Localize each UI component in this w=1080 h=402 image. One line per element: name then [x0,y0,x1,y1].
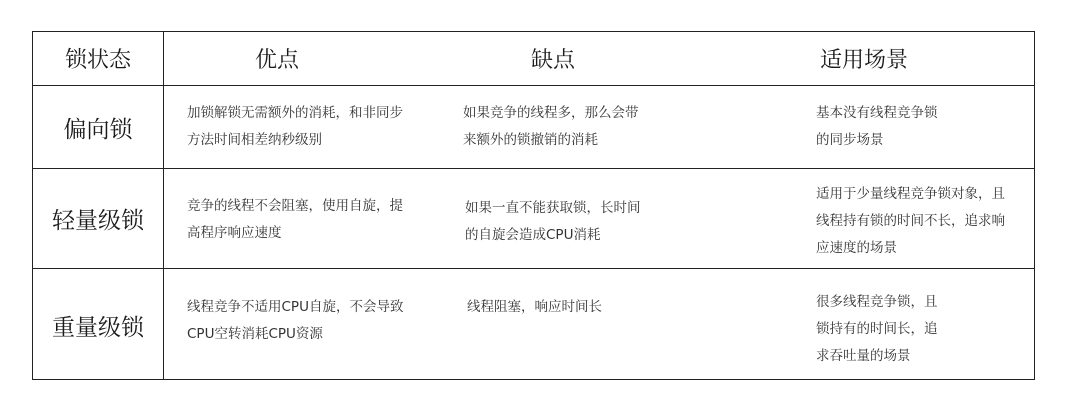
pros-line: 方法时间相差纳秒级别 [187,127,403,154]
lock-comparison-table: 锁状态 优点 缺点 适用场景 偏向锁 加锁解锁无需额外的消耗，和非同步 方法时间… [32,31,1035,380]
cons-cell: 线程阻塞，响应时间长 [467,294,602,321]
scenario-line: 应速度的场景 [816,235,1005,262]
pros-line: CPU空转消耗CPU资源 [187,321,403,348]
lock-state-cell: 重量级锁 [33,269,163,381]
cons-cell: 如果一直不能获取锁，长时间 的自旋会造成CPU消耗 [465,195,641,249]
scenario-cell: 很多线程竞争锁，且 锁持有的时间长，追 求吞吐量的场景 [816,289,938,370]
lock-state-cell: 轻量级锁 [33,169,163,268]
cons-line: 线程阻塞，响应时间长 [467,294,602,321]
header-cons: 缺点 [531,32,575,85]
scenario-cell: 适用于少量线程竞争锁对象，且 线程持有锁的时间不长，追求响 应速度的场景 [816,181,1005,262]
table-row: 轻量级锁 竞争的线程不会阻塞，使用自旋，提 高程序响应速度 如果一直不能获取锁，… [33,169,1034,269]
table-row: 偏向锁 加锁解锁无需额外的消耗，和非同步 方法时间相差纳秒级别 如果竞争的线程多… [33,86,1034,169]
scenario-line: 线程持有锁的时间不长，追求响 [816,208,1005,235]
header-lock-state: 锁状态 [33,32,163,85]
pros-line: 加锁解锁无需额外的消耗，和非同步 [187,100,403,127]
pros-line: 线程竞争不适用CPU自旋，不会导致 [187,294,403,321]
scenario-line: 很多线程竞争锁，且 [816,289,938,316]
scenario-line: 适用于少量线程竞争锁对象，且 [816,181,1005,208]
cons-line: 如果竞争的线程多，那么会带 [463,100,639,127]
table-row: 重量级锁 线程竞争不适用CPU自旋，不会导致 CPU空转消耗CPU资源 线程阻塞… [33,269,1034,381]
cons-cell: 如果竞争的线程多，那么会带 来额外的锁撤销的消耗 [463,100,639,154]
scenario-cell: 基本没有线程竞争锁 的同步场景 [816,100,938,154]
pros-line: 竞争的线程不会阻塞，使用自旋，提 [187,193,403,220]
cons-line: 的自旋会造成CPU消耗 [465,222,641,249]
cons-line: 来额外的锁撤销的消耗 [463,127,639,154]
header-pros: 优点 [255,32,299,85]
header-scenario: 适用场景 [820,32,908,85]
pros-cell: 线程竞争不适用CPU自旋，不会导致 CPU空转消耗CPU资源 [187,294,403,348]
lock-state-cell: 偏向锁 [33,86,163,168]
scenario-line: 锁持有的时间长，追 [816,316,938,343]
scenario-line: 的同步场景 [816,127,938,154]
scenario-line: 基本没有线程竞争锁 [816,100,938,127]
pros-cell: 竞争的线程不会阻塞，使用自旋，提 高程序响应速度 [187,193,403,247]
cons-line: 如果一直不能获取锁，长时间 [465,195,641,222]
pros-cell: 加锁解锁无需额外的消耗，和非同步 方法时间相差纳秒级别 [187,100,403,154]
table-header-row: 锁状态 优点 缺点 适用场景 [33,32,1034,86]
scenario-line: 求吞吐量的场景 [816,343,938,370]
pros-line: 高程序响应速度 [187,220,403,247]
